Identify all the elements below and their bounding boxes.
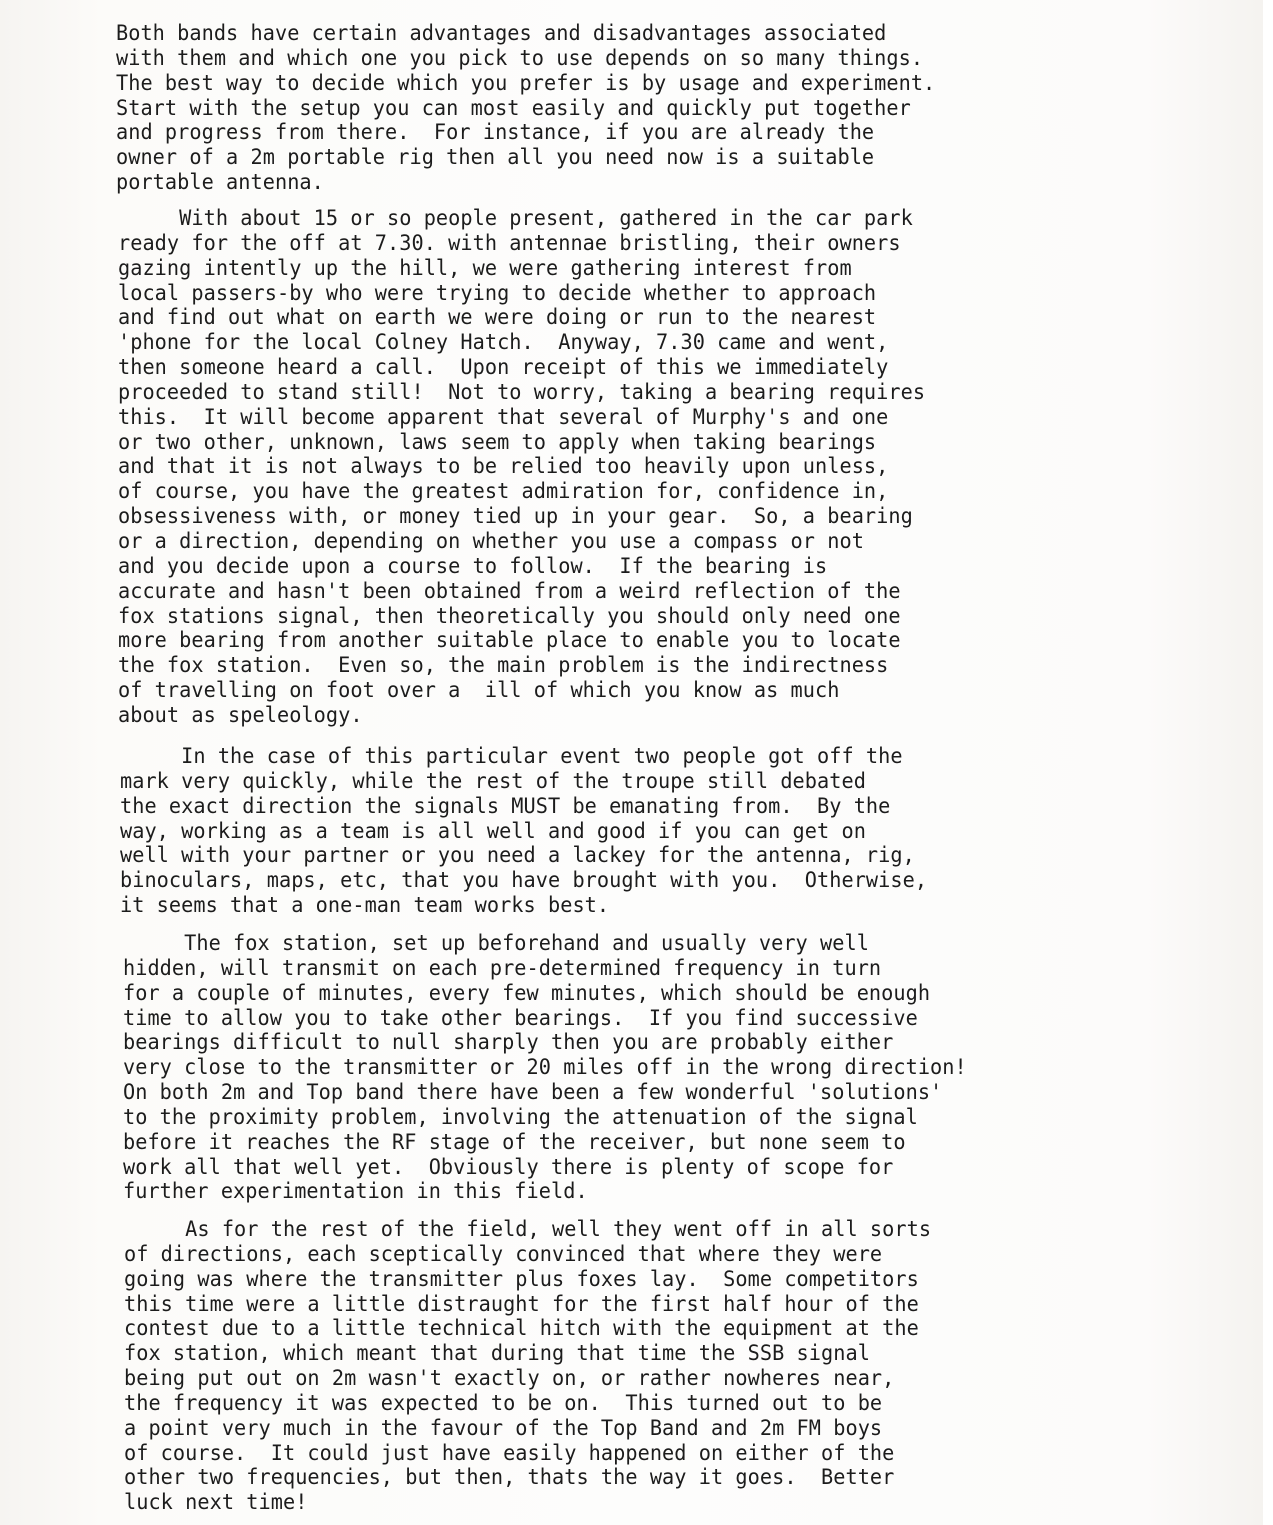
text-line: the frequency it was expected to be on. … [124, 1392, 931, 1417]
text-line: binoculars, maps, etc, that you have bro… [120, 869, 927, 894]
text-line: 'phone for the local Colney Hatch. Anywa… [118, 331, 925, 356]
text-line: With about 15 or so people present, gath… [118, 207, 925, 232]
text-line: of course. It could just have easily hap… [124, 1442, 931, 1467]
text-line: and that it is not always to be relied t… [118, 455, 925, 480]
text-line: gazing intently up the hill, we were gat… [118, 257, 925, 282]
text-line: local passers-by who were trying to deci… [118, 282, 925, 307]
text-line: obsessiveness with, or money tied up in … [118, 505, 925, 530]
text-line: owner of a 2m portable rig then all you … [116, 146, 935, 171]
text-line: On both 2m and Top band there have been … [123, 1081, 967, 1106]
text-line: or a direction, depending on whether you… [118, 530, 925, 555]
text-line: The fox station, set up beforehand and u… [123, 932, 967, 957]
text-line: ready for the off at 7.30. with antennae… [118, 232, 925, 257]
text-line: for a couple of minutes, every few minut… [123, 982, 967, 1007]
text-line: contest due to a little technical hitch … [124, 1317, 931, 1342]
text-line: the exact direction the signals MUST be … [120, 795, 927, 820]
paragraph-bands: Both bands have certain advantages and d… [116, 22, 935, 196]
text-line: or two other, unknown, laws seem to appl… [118, 431, 925, 456]
text-line: of course, you have the greatest admirat… [118, 480, 925, 505]
text-line: and you decide upon a course to follow. … [118, 555, 925, 580]
paragraph-particular-event: In the case of this particular event two… [120, 745, 927, 919]
text-line: going was where the transmitter plus fox… [124, 1268, 931, 1293]
paragraph-car-park: With about 15 or so people present, gath… [118, 207, 925, 729]
text-line: and progress from there. For instance, i… [116, 121, 935, 146]
text-line: and find out what on earth we were doing… [118, 306, 925, 331]
paragraph-fox-station: The fox station, set up beforehand and u… [123, 932, 967, 1205]
text-line: being put out on 2m wasn't exactly on, o… [124, 1367, 931, 1392]
paragraph-rest-of-field: As for the rest of the field, well they … [124, 1218, 931, 1516]
text-line: luck next time! [124, 1491, 931, 1516]
page-edge [1263, 0, 1273, 1525]
text-line: this. It will become apparent that sever… [118, 406, 925, 431]
text-line: proceeded to stand still! Not to worry, … [118, 381, 925, 406]
text-line: As for the rest of the field, well they … [124, 1218, 931, 1243]
text-line: other two frequencies, but then, thats t… [124, 1466, 931, 1491]
text-line: Start with the setup you can most easily… [116, 97, 935, 122]
text-line: it seems that a one-man team works best. [120, 894, 927, 919]
text-line: a point very much in the favour of the T… [124, 1417, 931, 1442]
text-line: hidden, will transmit on each pre-determ… [123, 957, 967, 982]
text-line: mark very quickly, while the rest of the… [120, 770, 927, 795]
text-line: with them and which one you pick to use … [116, 47, 935, 72]
text-line: fox station, which meant that during tha… [124, 1342, 931, 1367]
text-line: The best way to decide which you prefer … [116, 72, 935, 97]
text-line: very close to the transmitter or 20 mile… [123, 1056, 967, 1081]
text-line: about as speleology. [118, 704, 925, 729]
text-line: In the case of this particular event two… [120, 745, 927, 770]
text-line: before it reaches the RF stage of the re… [123, 1131, 967, 1156]
text-line: fox stations signal, then theoretically … [118, 605, 925, 630]
text-line: further experimentation in this field. [123, 1180, 967, 1205]
text-line: time to allow you to take other bearings… [123, 1007, 967, 1032]
text-line: more bearing from another suitable place… [118, 629, 925, 654]
text-line: work all that well yet. Obviously there … [123, 1156, 967, 1181]
text-line: Both bands have certain advantages and d… [116, 22, 935, 47]
text-line: to the proximity problem, involving the … [123, 1106, 967, 1131]
text-line: accurate and hasn't been obtained from a… [118, 580, 925, 605]
text-line: portable antenna. [116, 171, 935, 196]
text-line: this time were a little distraught for t… [124, 1293, 931, 1318]
text-line: then someone heard a call. Upon receipt … [118, 356, 925, 381]
text-line: way, working as a team is all well and g… [120, 820, 927, 845]
text-line: of travelling on foot over a ill of whic… [118, 679, 925, 704]
text-line: of directions, each sceptically convince… [124, 1243, 931, 1268]
text-line: the fox station. Even so, the main probl… [118, 654, 925, 679]
scanned-page: Both bands have certain advantages and d… [0, 0, 1273, 1525]
text-line: well with your partner or you need a lac… [120, 844, 927, 869]
text-line: bearings difficult to null sharply then … [123, 1031, 967, 1056]
